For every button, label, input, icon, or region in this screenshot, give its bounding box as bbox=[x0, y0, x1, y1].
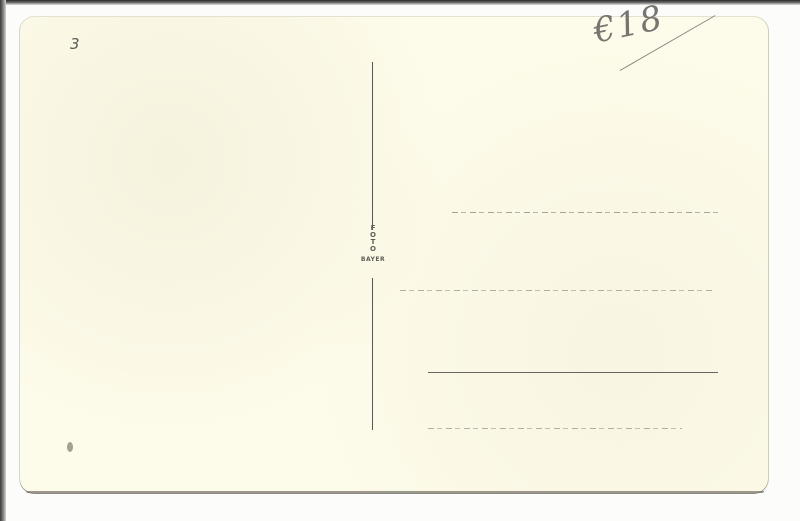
postcard-back: 3 bbox=[20, 17, 768, 493]
address-line-1 bbox=[452, 212, 718, 213]
address-line-4 bbox=[428, 428, 682, 429]
foto-letter: O bbox=[370, 246, 376, 253]
pencil-page-number: 3 bbox=[70, 35, 80, 53]
ink-smudge bbox=[67, 442, 73, 452]
publisher-name: BAYER bbox=[352, 256, 394, 263]
foto-logo-vertical: F O T O bbox=[352, 225, 394, 253]
scan-top-edge bbox=[0, 0, 800, 5]
card-bottom-edge bbox=[26, 491, 764, 493]
postcard-scan: 3 €18 F O T O BAYER bbox=[0, 0, 800, 521]
address-line-3 bbox=[428, 372, 718, 373]
publisher-logo: F O T O BAYER bbox=[352, 225, 394, 263]
center-divider-top bbox=[372, 62, 373, 230]
center-divider-bottom bbox=[372, 278, 373, 430]
scan-left-edge bbox=[0, 0, 6, 521]
address-line-2 bbox=[400, 290, 712, 291]
